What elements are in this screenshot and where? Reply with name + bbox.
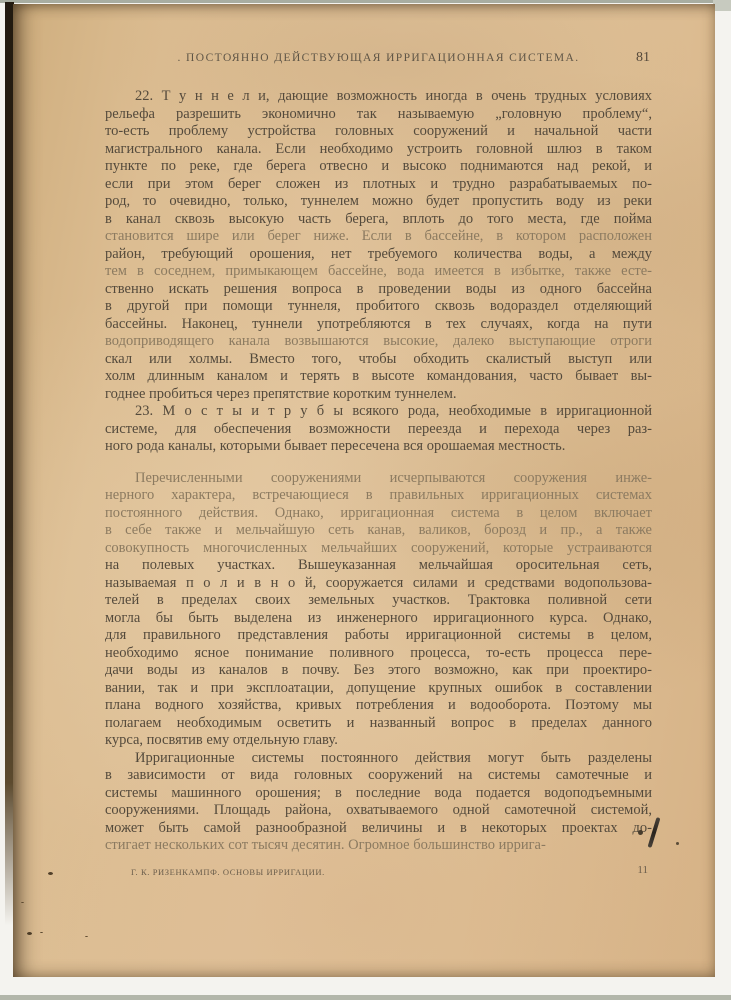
text-line: системы машинного орошения; в последние … — [105, 785, 652, 803]
text-line: плана водного хозяйства, кривых потребле… — [105, 697, 652, 715]
text-line: в себе также и мельчайшую сеть канав, ва… — [105, 522, 652, 540]
text-line: стигает нескольких сот тысяч десятин. Ог… — [105, 837, 652, 855]
ink-speck — [48, 872, 53, 875]
text-line: в канал сквозь высокую часть берега, впл… — [105, 211, 652, 229]
text-line: нерного характера, встречающиеся в прави… — [105, 487, 652, 505]
text-line: совокупность многочисленных мельчайших с… — [105, 540, 652, 558]
text-block: 22. Т у н н е л и, дающие возможность ин… — [105, 88, 652, 855]
scan-page: { "colors": { "paper": "#ddbf93", "ink":… — [0, 0, 731, 1000]
text-line: полагаем необходимым осветить и названны… — [105, 715, 652, 733]
text-line: 23. М о с т ы и т р у б ы всякого рода, … — [105, 403, 652, 421]
text-line: называемая п о л и в н о й, сооружается … — [105, 575, 652, 593]
text-line: магистрального канала. Если необходимо у… — [105, 141, 652, 159]
text-line: могла бы быть выделена из инженерного ир… — [105, 610, 652, 628]
scanner-edge-bottom — [0, 995, 731, 1000]
paragraph: Ирригационные системы постоянного действ… — [105, 750, 652, 855]
paragraph: Перечисленными сооружениями исчерпываютс… — [105, 470, 652, 750]
text-line: курса, посвятив ему отдельную главу. — [105, 732, 652, 750]
page-number: 81 — [636, 50, 650, 66]
text-line: на полевых участках. Вышеуказанная мельч… — [105, 557, 652, 575]
footer-signature: Г. К. Ризенкампф. Основы ирригации. — [131, 867, 325, 877]
text-line: ного рода каналы, которыми бывает пересе… — [105, 438, 652, 456]
scanner-edge-top — [0, 0, 731, 3]
paragraph: 22. Т у н н е л и, дающие возможность ин… — [105, 88, 652, 403]
footer-sheet-number: 11 — [637, 864, 648, 876]
text-line: Перечисленными сооружениями исчерпываютс… — [105, 470, 652, 488]
text-line: то-есть проблему устройства головных соо… — [105, 123, 652, 141]
text-line: сооружениями. Площадь района, охватываем… — [105, 802, 652, 820]
text-line: необходимо ясное понимание поливного про… — [105, 645, 652, 663]
text-line: пункте по реке, где берега отвесно и выс… — [105, 158, 652, 176]
text-line: если при этом берег сложен из плотных и … — [105, 176, 652, 194]
paragraph: 23. М о с т ы и т р у б ы всякого рода, … — [105, 403, 652, 456]
page-footer: Г. К. Ризенкампф. Основы ирригации. 11 — [105, 864, 652, 880]
text-line: Ирригационные системы постоянного действ… — [105, 750, 652, 768]
text-line: скал или холмы. Вместо того, чтобы обход… — [105, 351, 652, 369]
text-line: для правильного представления работы ирр… — [105, 627, 652, 645]
running-header: . Постоянно действующая ирригационная си… — [105, 52, 652, 64]
ink-dot — [676, 842, 679, 845]
text-line: постоянного действия. Однако, ирригацион… — [105, 505, 652, 523]
text-line: рельефа разрешить экономично так называе… — [105, 106, 652, 124]
text-line: в другой при помощи туннеля, пробитого с… — [105, 298, 652, 316]
text-line: становится шире или берег ниже. Если в б… — [105, 228, 652, 246]
text-line: бассейны. Наконец, туннели употребляются… — [105, 316, 652, 334]
text-line: холм длинным каналом и терять в высоте к… — [105, 368, 652, 386]
text-line: род, то очевидно, только, туннелем можно… — [105, 193, 652, 211]
ink-dot — [638, 830, 643, 835]
text-line: может быть самой разнообразной величины … — [105, 820, 652, 838]
text-line: годнее пробиться через препятствие корот… — [105, 386, 652, 404]
text-line: системе, для обеспечения возможности пер… — [105, 421, 652, 439]
text-line: район, требующий орошения, нет требуемог… — [105, 246, 652, 264]
text-line: телей в пределах своих земельных участко… — [105, 592, 652, 610]
text-line: водоприводящего канала возвышаются высок… — [105, 333, 652, 351]
document-page: . Постоянно действующая ирригационная си… — [13, 4, 715, 977]
text-line: тем в соседнем, примыкающем бассейне, во… — [105, 263, 652, 281]
header-title: . Постоянно действующая ирригационная си… — [178, 52, 580, 64]
text-line: ственно искать решения вопроса в проведе… — [105, 281, 652, 299]
text-line: в зависимости от вида головных сооружени… — [105, 767, 652, 785]
text-line: вании, так и при эксплоатации, допущение… — [105, 680, 652, 698]
text-line: дачи воды из каналов в почву. Без этого … — [105, 662, 652, 680]
scanner-edge-corner — [713, 0, 731, 11]
text-line: 22. Т у н н е л и, дающие возможность ин… — [105, 88, 652, 106]
